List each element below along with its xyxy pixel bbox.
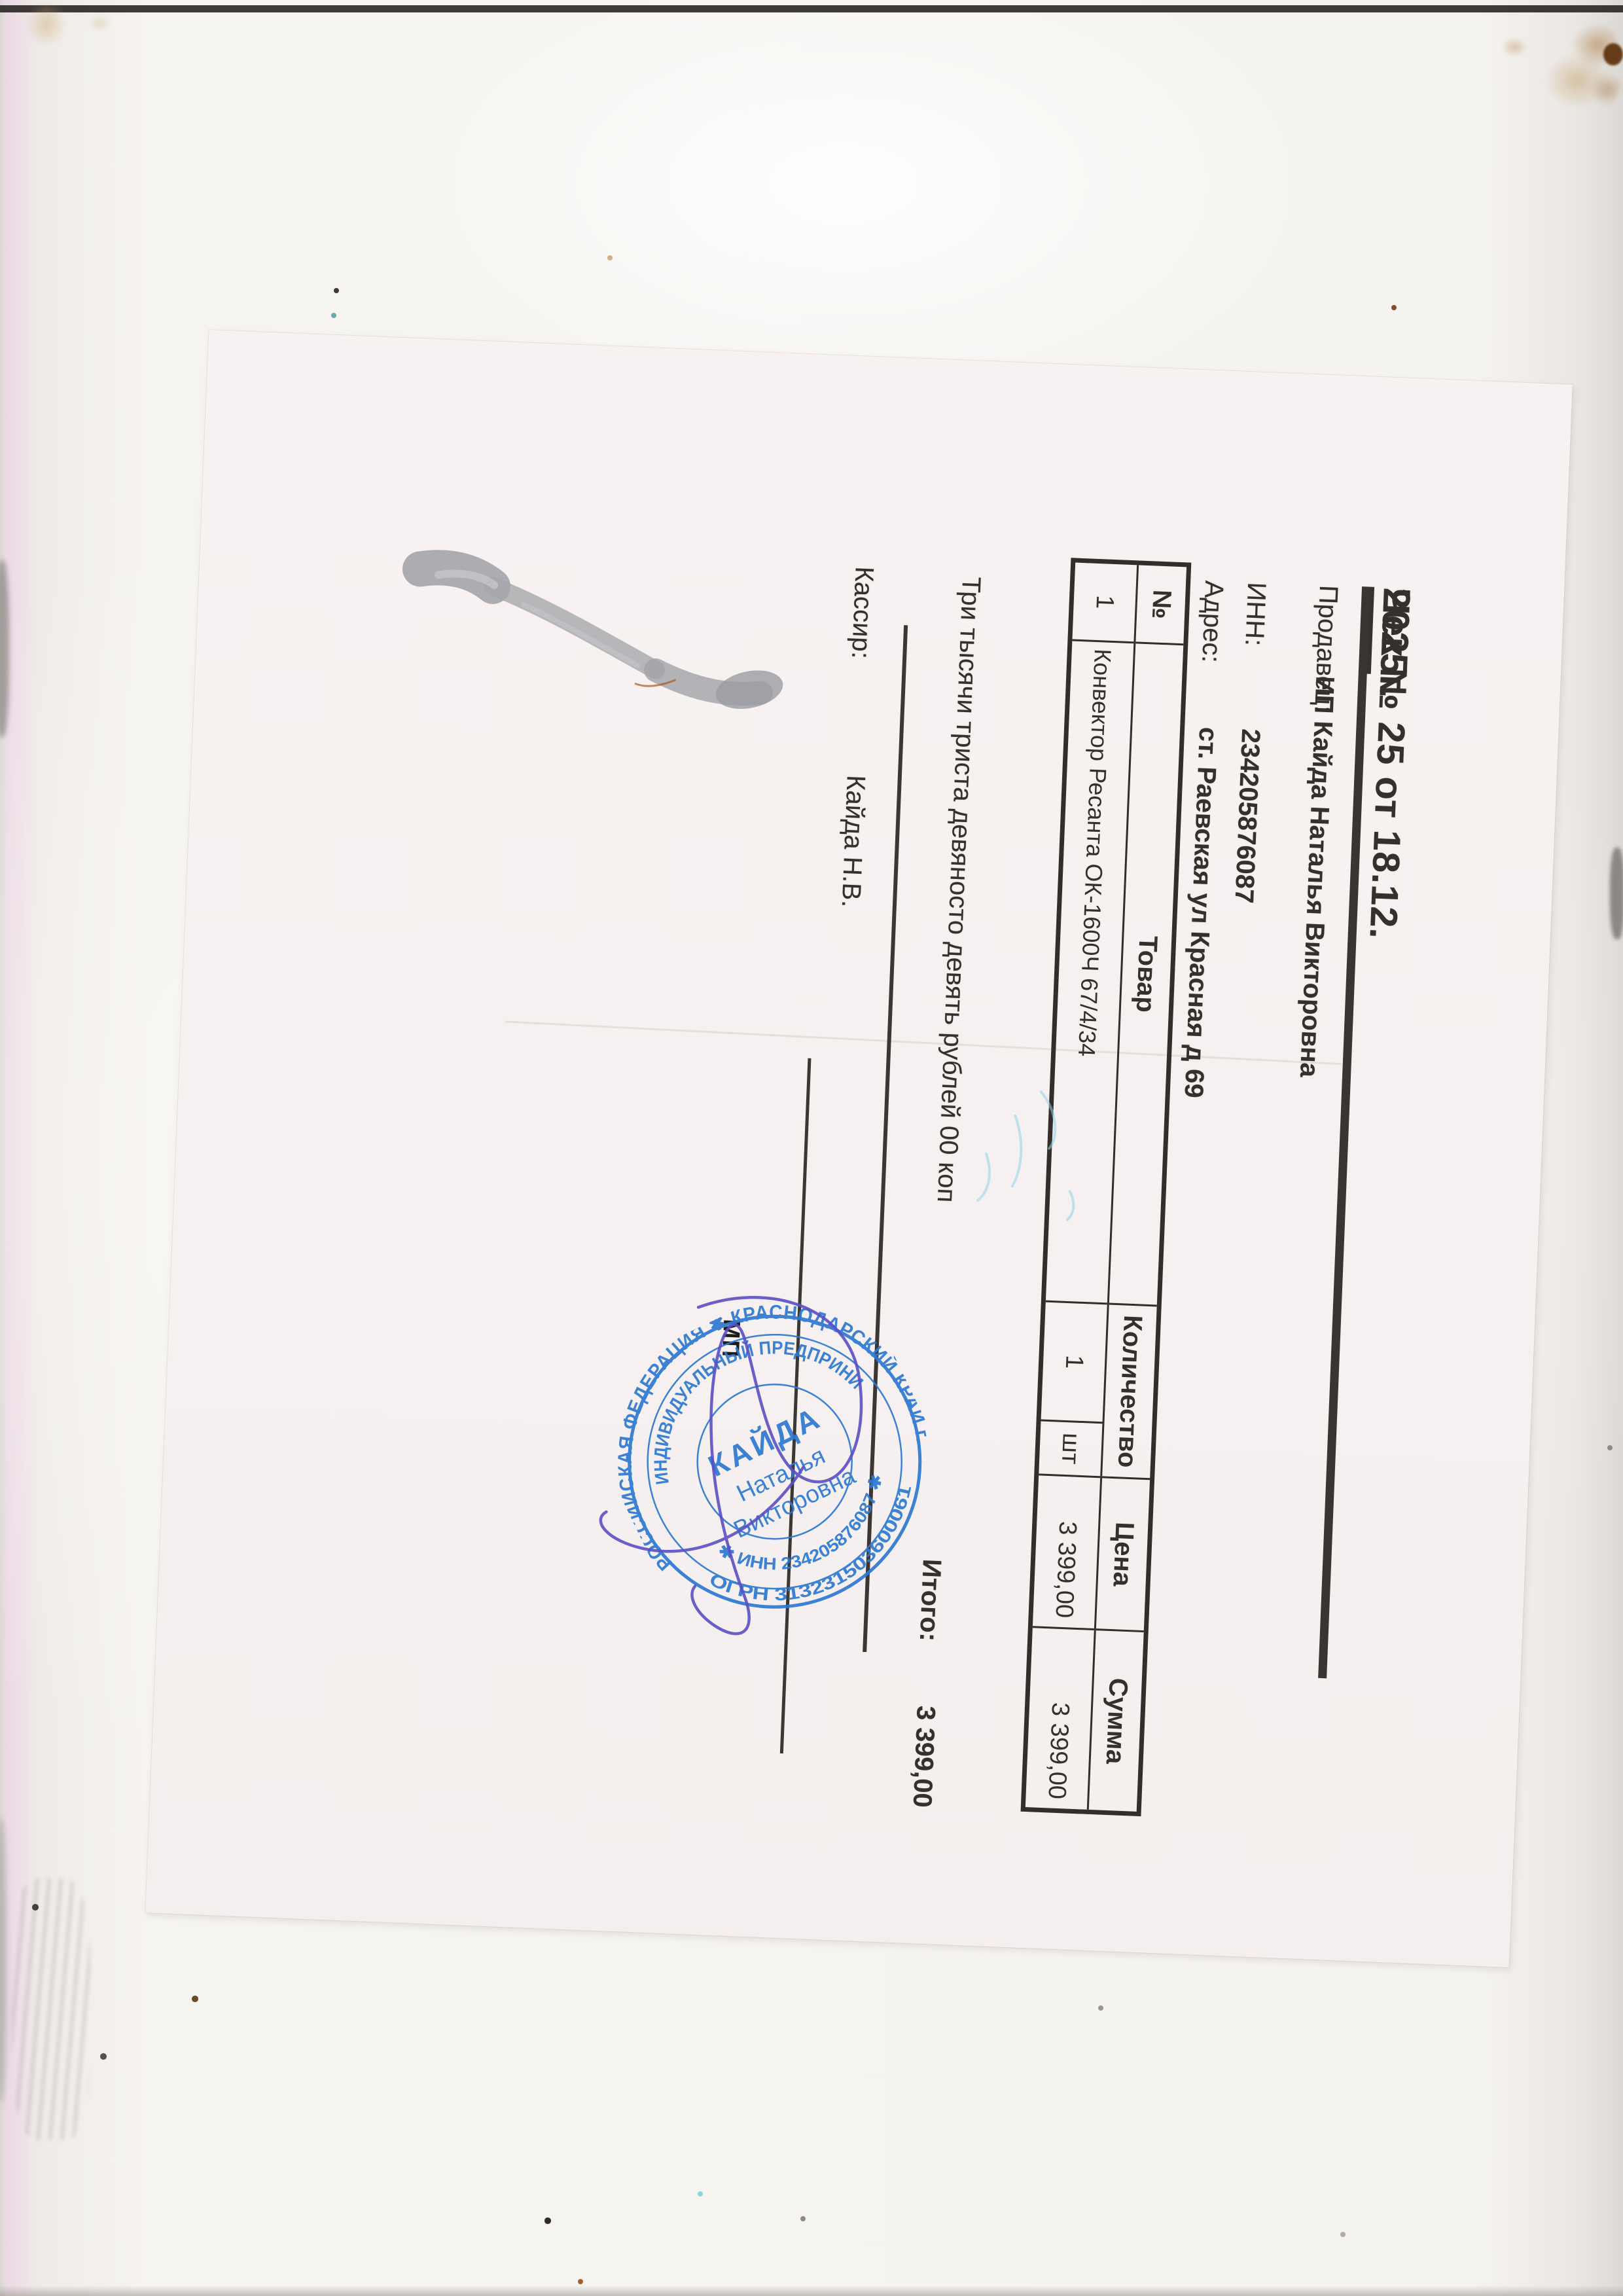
stain-top-left-2 bbox=[85, 12, 115, 34]
gray-smudge bbox=[415, 567, 791, 717]
cell-unit: шт bbox=[1039, 1421, 1102, 1478]
header-price: Цена bbox=[1096, 1478, 1150, 1632]
header-qty: Количество bbox=[1102, 1305, 1157, 1480]
scanned-receipt-page: { "receipt": { "title": {"prefix": "Чек … bbox=[0, 0, 1623, 2296]
left-edge-smudge-2 bbox=[0, 1820, 7, 2101]
cashier-name: Кайда Н.В. bbox=[836, 774, 870, 908]
receipt-title-suffix: г. bbox=[1370, 674, 1415, 700]
coffee-stain-side bbox=[1497, 34, 1531, 60]
dust-speckles bbox=[0, 0, 3, 3]
inn-label: ИНН: bbox=[1239, 582, 1271, 647]
cell-qty: 1 bbox=[1041, 1302, 1107, 1424]
coffee-stain-top-right bbox=[1539, 12, 1623, 123]
address-value: ст. Раевская ул Красная д 69 bbox=[1179, 726, 1223, 1099]
left-edge-smudge bbox=[0, 560, 9, 737]
cell-price: 3 399,00 bbox=[1033, 1475, 1100, 1630]
amount-in-words: Три тысячи триста девяносто девять рубле… bbox=[931, 576, 986, 1203]
total-label: Итого: bbox=[914, 1558, 946, 1642]
bottom-left-gray-streaks bbox=[12, 1878, 90, 2140]
right-edge-smudge bbox=[1610, 848, 1623, 939]
cashier-label: Кассир: bbox=[846, 566, 879, 660]
receipt-title: Чек № 25 от 18.12.2025 г. bbox=[1372, 587, 1419, 676]
header-sum: Сумма bbox=[1089, 1630, 1144, 1812]
receipt-sheet: Чек № 25 от 18.12.2025 г. Продавец: ИП К… bbox=[145, 330, 1572, 1967]
coffee-stain-dark-core bbox=[1603, 43, 1623, 65]
total-value: 3 399,00 bbox=[907, 1681, 942, 1808]
scan-bottom-edge-shadow bbox=[0, 2286, 1623, 2296]
header-num: № bbox=[1135, 565, 1186, 645]
paper-crease bbox=[505, 1020, 1342, 1065]
cell-num: 1 bbox=[1072, 563, 1137, 644]
cell-sum: 3 399,00 bbox=[1026, 1628, 1094, 1810]
address-label: Адрес: bbox=[1196, 580, 1228, 663]
items-table: № Товар Количество Цена Сумма 1 Конвекто… bbox=[1021, 558, 1192, 1816]
stain-top-left bbox=[18, 0, 75, 60]
inn-value: 234205876087 bbox=[1229, 728, 1266, 905]
receipt-document: Чек № 25 от 18.12.2025 г. Продавец: ИП К… bbox=[145, 330, 1572, 1967]
scan-top-edge-shadow bbox=[0, 5, 1623, 12]
seller-value: ИП Кайда Наталья Викторовна bbox=[1294, 675, 1340, 1078]
